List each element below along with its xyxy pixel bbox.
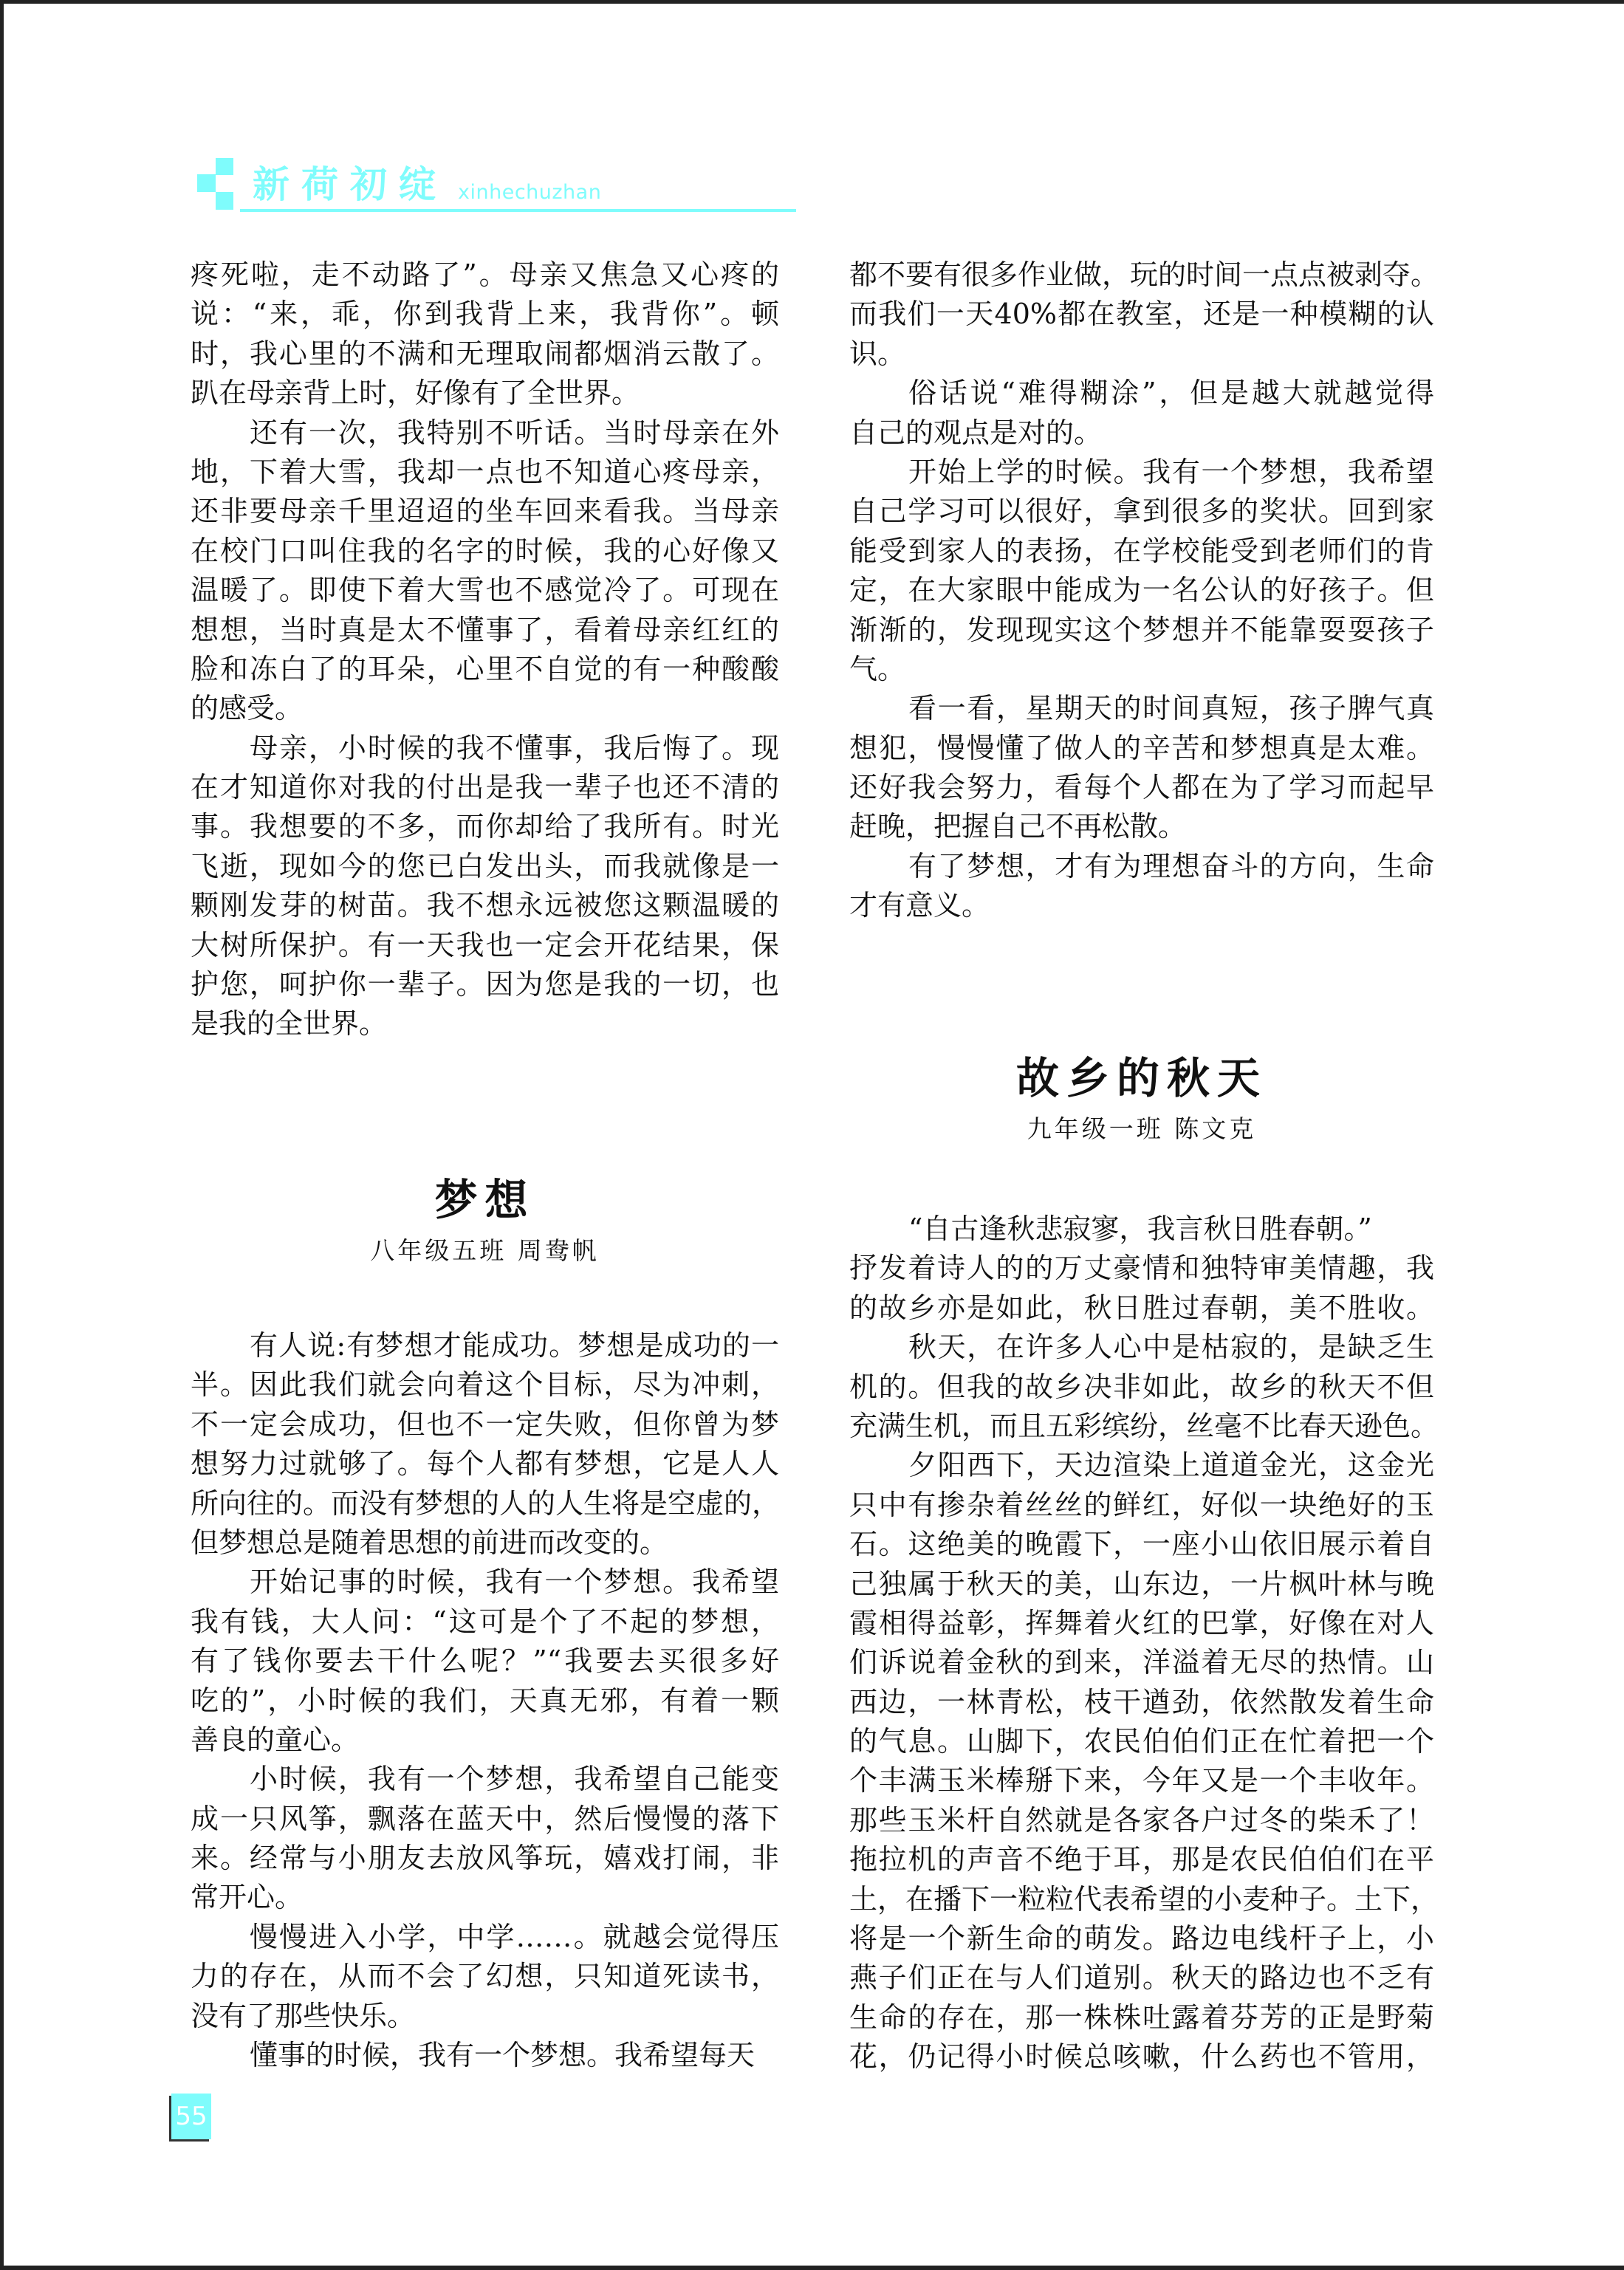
text-line: 的气息。山脚下，农民伯伯们正在忙着把一个 [849, 1722, 1434, 1761]
text-line: 的故乡亦是如此，秋日胜过春朝，美不胜收。 [849, 1289, 1434, 1328]
text-line: 半。因此我们就会向着这个目标，尽为冲刺， [191, 1365, 779, 1405]
text-line: 没有了那些快乐。 [191, 1997, 779, 2036]
text-line: 有了梦想，才有为理想奋斗的方向，生命 [849, 847, 1434, 886]
text-line: 自己的观点是对的。 [849, 414, 1434, 453]
text-line: 充满生机，而且五彩缤纷，丝毫不比春天逊色。 [849, 1407, 1434, 1446]
text-line: 机的。但我的故乡决非如此，故乡的秋天不但 [849, 1368, 1434, 1407]
text-line: 温暖了。即使下着大雪也不感觉冷了。可现在 [191, 571, 779, 610]
text-line: 抒发着诗人的的万丈豪情和独特审美情趣，我 [849, 1249, 1434, 1288]
text-line: 但梦想总是随着思想的前进而改变的。 [191, 1523, 779, 1563]
text-line: 秋天，在许多人心中是枯寂的，是缺乏生 [849, 1328, 1434, 1367]
article-title-autumn: 故乡的秋天 [849, 1052, 1434, 1104]
text-line: 成一只风筝，飘落在蓝天中，然后慢慢的落下 [191, 1800, 779, 1839]
header-rule [240, 209, 796, 212]
text-line: 在校门口叫住我的名字的时候，我的心好像又 [191, 532, 779, 571]
article-body-autumn: “自古逢秋悲寂寥，我言秋日胜春朝。”抒发着诗人的的万丈豪情和独特审美情趣，我的故… [849, 1210, 1434, 2077]
text-line: 不一定会成功，但也不一定失败，但你曾为梦 [191, 1405, 779, 1444]
text-line: 渐渐的，发现现实这个梦想并不能靠耍耍孩子 [849, 611, 1434, 650]
text-line: 俗话说“难得糊涂”，但是越大就越觉得 [849, 374, 1434, 413]
text-line: 想犯，慢慢懂了做人的辛苦和梦想真是太难。 [849, 729, 1434, 768]
text-line: 我有钱，大人问：“这可是个了不起的梦想， [191, 1602, 779, 1642]
text-line: 力的存在，从而不会了幻想，只知道死读书， [191, 1957, 779, 1996]
text-line: 拖拉机的声音不绝于耳，那是农民伯伯们在平 [849, 1840, 1434, 1879]
left-column-previous-article: 疼死啦，走不动路了”。母亲又焦急又心疼的说：“来，乖，你到我背上来，我背你”。顿… [191, 256, 779, 1044]
text-line: 有人说:有梦想才能成功。梦想是成功的一 [191, 1326, 779, 1365]
text-line: 慢慢进入小学，中学……。就越会觉得压 [191, 1918, 779, 1957]
text-line: 而我们一天40%都在教室，还是一种模糊的认 [849, 295, 1434, 334]
text-line: 燕子们正在与人们道别。秋天的路边也不乏有 [849, 1958, 1434, 1998]
text-line: 时，我心里的不满和无理取闹都烟消云散了。 [191, 335, 779, 374]
logo-square-top [216, 158, 233, 175]
text-line: 所向往的。而没有梦想的人的人生将是空虚的， [191, 1484, 779, 1523]
text-line: 吃的”，小时候的我们，天真无邪，有着一颗 [191, 1681, 779, 1721]
text-line: 母亲，小时候的我不懂事，我后悔了。现 [191, 729, 779, 768]
text-line: 西边，一林青松，枝干遒劲，依然散发着生命 [849, 1683, 1434, 1722]
text-line: 小时候，我有一个梦想，我希望自己能变 [191, 1760, 779, 1799]
text-line: 常开心。 [191, 1878, 779, 1917]
logo-square-bottom [216, 192, 233, 210]
text-line: 疼死啦，走不动路了”。母亲又焦急又心疼的 [191, 256, 779, 295]
article-title-dream: 梦想 [191, 1174, 779, 1226]
section-pinyin: xinhechuzhan [458, 180, 601, 205]
text-line: 来。经常与小朋友去放风筝玩，嬉戏打闹，非 [191, 1839, 779, 1878]
text-line: 说：“来，乖，你到我背上来，我背你”。顿 [191, 295, 779, 334]
text-line: “自古逢秋悲寂寥，我言秋日胜春朝。” [849, 1210, 1434, 1249]
text-line: 生命的存在，那一株株吐露着芬芳的正是野菊 [849, 1998, 1434, 2037]
text-line: 只中有掺杂着丝丝的鲜红，好似一块绝好的玉 [849, 1486, 1434, 1525]
text-line: 赶晚，把握自己不再松散。 [849, 807, 1434, 846]
page-number: 55 [171, 2094, 211, 2139]
text-line: 颗刚发芽的树苗。我不想永远被您这颗温暖的 [191, 886, 779, 925]
text-line: 有了钱你要去干什么呢？”“我要去买很多好 [191, 1642, 779, 1681]
text-line: 己独属于秋天的美，山东边，一片枫叶林与晚 [849, 1565, 1434, 1604]
text-line: 飞逝，现如今的您已白发出头，而我就像是一 [191, 847, 779, 886]
text-line: 才有意义。 [849, 886, 1434, 925]
text-line: 开始记事的时候，我有一个梦想。我希望 [191, 1563, 779, 1602]
text-line: 定，在大家眼中能成为一名公认的好孩子。但 [849, 571, 1434, 610]
logo-square-left [197, 174, 216, 192]
text-line: 都不要有很多作业做，玩的时间一点点被剥夺。 [849, 256, 1434, 295]
section-title: 新荷初绽 [253, 162, 448, 207]
text-line: 将是一个新生命的萌发。路边电线杆子上，小 [849, 1919, 1434, 1958]
text-line: 趴在母亲背上时，好像有了全世界。 [191, 374, 779, 413]
text-line: 想想，当时真是太不懂事了，看着母亲红红的 [191, 611, 779, 650]
text-line: 事。我想要的不多，而你却给了我所有。时光 [191, 807, 779, 846]
text-line: 夕阳西下，天边渲染上道道金光，这金光 [849, 1446, 1434, 1485]
right-column-continuation: 都不要有很多作业做，玩的时间一点点被剥夺。而我们一天40%都在教室，还是一种模糊… [849, 256, 1434, 926]
text-line: 能受到家人的表扬，在学校能受到老师们的肯 [849, 532, 1434, 571]
text-line: 石。这绝美的晚霞下，一座小山依旧展示着自 [849, 1525, 1434, 1564]
text-line: 识。 [849, 335, 1434, 374]
text-line: 还非要母亲千里迢迢的坐车回来看我。当母亲 [191, 492, 779, 531]
article-body-dream: 有人说:有梦想才能成功。梦想是成功的一半。因此我们就会向着这个目标，尽为冲刺，不… [191, 1326, 779, 2075]
text-line: 想努力过就够了。每个人都有梦想，它是人人 [191, 1444, 779, 1484]
text-line: 还有一次，我特别不听话。当时母亲在外 [191, 414, 779, 453]
text-line: 个丰满玉米棒掰下来，今年又是一个丰收年。 [849, 1761, 1434, 1800]
text-line: 那些玉米杆自然就是各家各户过冬的柴禾了！ [849, 1801, 1434, 1840]
text-line: 还好我会努力，看每个人都在为了学习而起早 [849, 768, 1434, 807]
text-line: 善良的童心。 [191, 1721, 779, 1760]
text-line: 们诉说着金秋的到来，洋溢着无尽的热情。山 [849, 1643, 1434, 1682]
text-line: 看一看，星期天的时间真短，孩子脾气真 [849, 689, 1434, 728]
text-line: 脸和冻白了的耳朵，心里不自觉的有一种酸酸 [191, 650, 779, 689]
text-line: 花，仍记得小时候总咳嗽，什么药也不管用， [849, 2037, 1434, 2077]
text-line: 大树所保护。有一天我也一定会开花结果，保 [191, 926, 779, 965]
text-line: 懂事的时候，我有一个梦想。我希望每天 [191, 2036, 779, 2075]
text-line: 的感受。 [191, 689, 779, 728]
text-line: 是我的全世界。 [191, 1004, 779, 1043]
article-byline-dream: 八年级五班 周鸯帆 [191, 1235, 779, 1267]
text-line: 开始上学的时候。我有一个梦想，我希望 [849, 453, 1434, 492]
text-line: 地，下着大雪，我却一点也不知道心疼母亲， [191, 453, 779, 492]
text-line: 护您，呵护你一辈子。因为您是我的一切，也 [191, 965, 779, 1004]
text-line: 在才知道你对我的付出是我一辈子也还不清的 [191, 768, 779, 807]
article-byline-autumn: 九年级一班 陈文克 [849, 1113, 1434, 1145]
text-line: 气。 [849, 650, 1434, 689]
text-line: 土，在播下一粒粒代表希望的小麦种子。土下， [849, 1880, 1434, 1919]
text-line: 自己学习可以很好，拿到很多的奖状。回到家 [849, 492, 1434, 531]
text-line: 霞相得益彰，挥舞着火红的巴掌，好像在对人 [849, 1604, 1434, 1643]
